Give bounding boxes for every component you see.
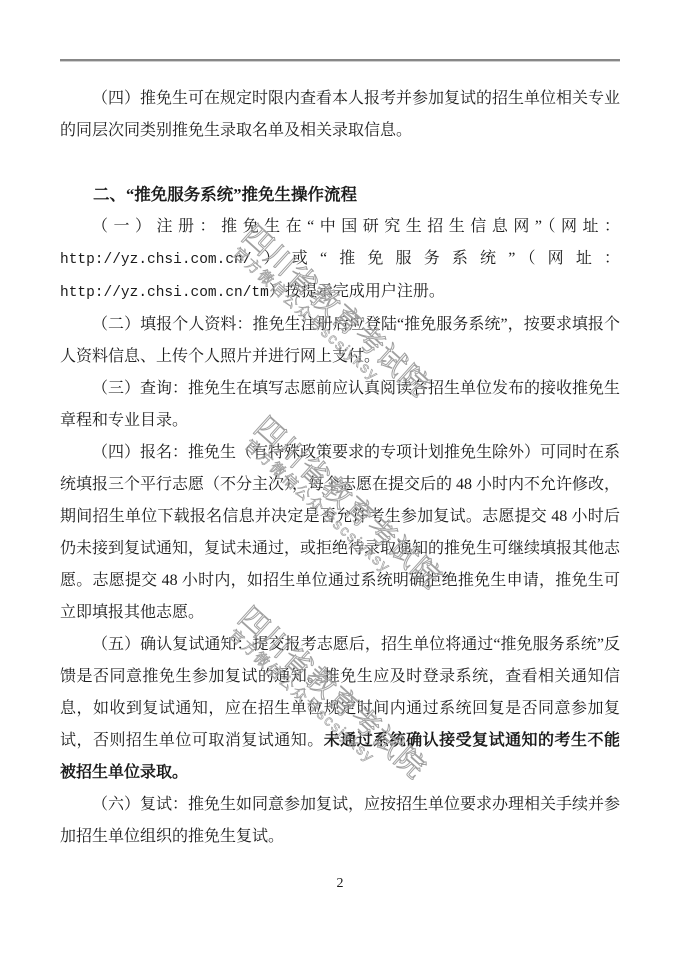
- register-text-pre: （一）注册：推免生在“中国研究生招生信息网”（网址：: [92, 218, 620, 235]
- header-rule: [60, 59, 620, 61]
- paragraph-confirm-notice: （五）确认复试通知：提交报考志愿后，招生单位将通过“推免服务系统”反馈是否同意推…: [60, 629, 620, 789]
- paragraph-query: （三）查询：推免生在填写志愿前应认真阅读各招生单位发布的接收推免生章程和专业目录…: [60, 373, 620, 437]
- paragraph-retest: （六）复试：推免生如同意参加复试，应按招生单位要求办理相关手续并参加招生单位组织…: [60, 789, 620, 853]
- paragraph-profile: （二）填报个人资料：推免生注册后应登陆“推免服务系统”，按要求填报个人资料信息、…: [60, 309, 620, 373]
- document-body: （四）推免生可在规定时限内查看本人报考并参加复试的招生单位相关专业的同层次同类别…: [60, 83, 620, 853]
- url-chsi-tm: http://yz.chsi.com.cn/tm: [60, 285, 269, 301]
- paragraph-register: （一）注册：推免生在“中国研究生招生信息网”（网址：http://yz.chsi…: [60, 211, 620, 309]
- register-text-mid: ）或“推免服务系统”（网址：: [251, 250, 620, 267]
- paragraph-view-results: （四）推免生可在规定时限内查看本人报考并参加复试的招生单位相关专业的同层次同类别…: [60, 83, 620, 147]
- page-number: 2: [0, 876, 680, 892]
- url-chsi: http://yz.chsi.com.cn/: [60, 252, 251, 268]
- section-heading: 二、“推免服务系统”推免生操作流程: [60, 179, 620, 211]
- register-text-post: ）按提示完成用户注册。: [269, 283, 445, 300]
- paragraph-apply: （四）报名：推免生（有特殊政策要求的专项计划推免生除外）可同时在系统填报三个平行…: [60, 437, 620, 629]
